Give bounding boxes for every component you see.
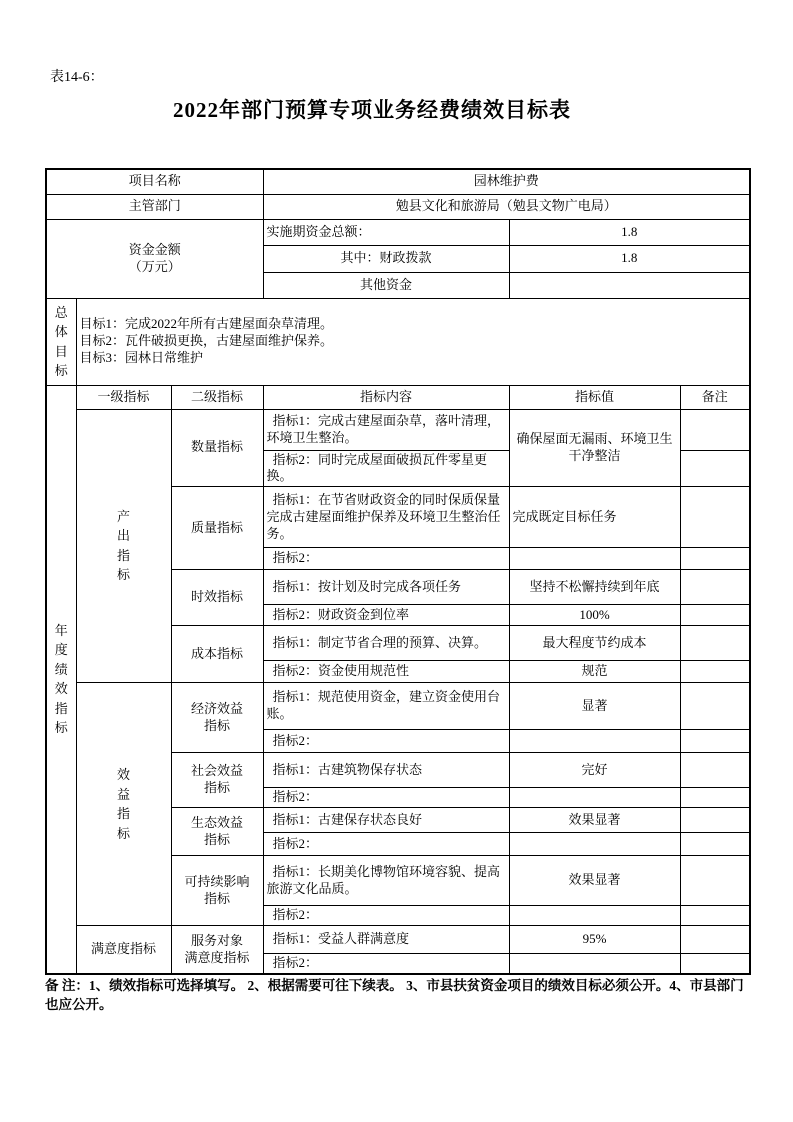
indicator-content-cell: 指标2： (263, 730, 509, 753)
indicator-content-cell: 指标1：制定节省合理的预算、决算。 (263, 626, 509, 661)
project-name-value: 园林维护费 (263, 169, 750, 194)
table-row: 满意度指标 服务对象 满意度指标 指标1：受益人群满意度 95% (46, 926, 750, 954)
remark-cell (680, 730, 750, 753)
indicator-value-cell: 规范 (509, 661, 680, 683)
table-number-label: 表14-6： (50, 66, 104, 86)
remark-cell (680, 450, 750, 487)
header-level1: 一级指标 (76, 385, 171, 409)
indicator-value-cell (509, 548, 680, 570)
indicator-value-cell: 100% (509, 605, 680, 626)
header-level2: 二级指标 (171, 385, 263, 409)
table-row: 效益指标 经济效益 指标 指标1：规范使用资金，建立资金使用台账。 显著 (46, 683, 750, 730)
header-content: 指标内容 (263, 385, 509, 409)
footnote: 备 注：1、绩效指标可选择填写。 2、根据需要可往下续表。 3、市县扶贫资金项目… (45, 977, 757, 1015)
remark-cell (680, 856, 750, 906)
level1-benefit: 效益指标 (76, 683, 171, 926)
fund-amount-label: 资金金额 （万元） (46, 219, 263, 298)
table-row: 资金金额 （万元） 实施期资金总额： 1.8 (46, 219, 750, 245)
indicator-content-cell: 指标1：古建筑物保存状态 (263, 753, 509, 788)
document-page: 表14-6： 2022年部门预算专项业务经费绩效目标表 项目名称 园林维护费 主… (0, 0, 793, 1122)
indicator-content-cell: 指标1：完成古建屋面杂草，落叶清理，环境卫生整治。 (263, 409, 509, 450)
remark-cell (680, 808, 750, 833)
fund-fiscal-value: 1.8 (509, 245, 750, 272)
level2-quality: 质量指标 (171, 487, 263, 570)
indicator-value-cell (509, 788, 680, 808)
remark-cell (680, 548, 750, 570)
level2-economic: 经济效益 指标 (171, 683, 263, 753)
indicator-content-cell: 指标2： (263, 906, 509, 926)
remark-cell (680, 788, 750, 808)
performance-target-table: 项目名称 园林维护费 主管部门 勉县文化和旅游局（勉县文物广电局） 资金金额 （… (45, 168, 751, 975)
fund-other-value (509, 272, 750, 298)
level2-cost: 成本指标 (171, 626, 263, 683)
overall-goal-label: 总体目标 (46, 298, 76, 385)
indicator-content-cell: 指标2： (263, 833, 509, 856)
indicator-value-cell: 完成既定目标任务 (509, 487, 680, 548)
table-row: 项目名称 园林维护费 (46, 169, 750, 194)
project-name-label: 项目名称 (46, 169, 263, 194)
indicator-content-cell: 指标2： (263, 954, 509, 974)
indicator-value-cell (509, 833, 680, 856)
level2-social: 社会效益 指标 (171, 753, 263, 808)
indicator-value-cell: 显著 (509, 683, 680, 730)
indicator-value-cell: 效果显著 (509, 856, 680, 906)
indicator-value-cell (509, 730, 680, 753)
fund-other-label: 其他资金 (263, 272, 509, 298)
level2-sustainable: 可持续影响 指标 (171, 856, 263, 926)
indicator-value-cell: 95% (509, 926, 680, 954)
indicator-content-cell: 指标1：受益人群满意度 (263, 926, 509, 954)
remark-cell (680, 906, 750, 926)
page-title: 2022年部门预算专项业务经费绩效目标表 (20, 94, 724, 124)
table-row: 总体目标 目标1：完成2022年所有古建屋面杂草清理。 目标2：瓦件破损更换，古… (46, 298, 750, 385)
level2-timeliness: 时效指标 (171, 570, 263, 626)
indicator-content-cell: 指标1：古建保存状态良好 (263, 808, 509, 833)
indicator-value-cell: 坚持不松懈持续到年底 (509, 570, 680, 605)
indicator-value-cell: 效果显著 (509, 808, 680, 833)
remark-cell (680, 954, 750, 974)
table-row: 产出指标 数量指标 指标1：完成古建屋面杂草，落叶清理，环境卫生整治。 确保屋面… (46, 409, 750, 450)
annual-performance-label: 年度绩效指标 (46, 385, 76, 974)
indicator-content-cell: 指标2：财政资金到位率 (263, 605, 509, 626)
remark-cell (680, 661, 750, 683)
indicator-content-cell: 指标1：按计划及时完成各项任务 (263, 570, 509, 605)
remark-cell (680, 605, 750, 626)
table-header-row: 年度绩效指标 一级指标 二级指标 指标内容 指标值 备注 (46, 385, 750, 409)
header-value: 指标值 (509, 385, 680, 409)
indicator-content-cell: 指标1：在节省财政资金的同时保质保量完成古建屋面维护保养及环境卫生整治任务。 (263, 487, 509, 548)
indicator-content-cell: 指标2：资金使用规范性 (263, 661, 509, 683)
department-value: 勉县文化和旅游局（勉县文物广电局） (263, 194, 750, 219)
fund-total-value: 1.8 (509, 219, 750, 245)
indicator-content-cell: 指标2： (263, 788, 509, 808)
level1-satisfaction: 满意度指标 (76, 926, 171, 974)
remark-cell (680, 626, 750, 661)
indicator-content-cell: 指标2： (263, 548, 509, 570)
fund-fiscal-label: 其中：财政拨款 (263, 245, 509, 272)
remark-cell (680, 409, 750, 450)
overall-goal-text: 目标1：完成2022年所有古建屋面杂草清理。 目标2：瓦件破损更换，古建屋面维护… (76, 298, 750, 385)
remark-cell (680, 683, 750, 730)
indicator-value-cell: 最大程度节约成本 (509, 626, 680, 661)
table-row: 主管部门 勉县文化和旅游局（勉县文物广电局） (46, 194, 750, 219)
indicator-value-cell (509, 954, 680, 974)
fund-total-label: 实施期资金总额： (263, 219, 509, 245)
indicator-content-cell: 指标2：同时完成屋面破损瓦件零星更换。 (263, 450, 509, 487)
indicator-value-cell: 完好 (509, 753, 680, 788)
indicator-value-cell (509, 906, 680, 926)
remark-cell (680, 753, 750, 788)
indicator-value-cell: 确保屋面无漏雨、环境卫生干净整洁 (509, 409, 680, 487)
indicator-content-cell: 指标1：规范使用资金，建立资金使用台账。 (263, 683, 509, 730)
remark-cell (680, 833, 750, 856)
level2-quantity: 数量指标 (171, 409, 263, 487)
indicator-content-cell: 指标1：长期美化博物馆环境容貌、提高旅游文化品质。 (263, 856, 509, 906)
remark-cell (680, 487, 750, 548)
level1-output: 产出指标 (76, 409, 171, 683)
header-remark: 备注 (680, 385, 750, 409)
level2-service: 服务对象 满意度指标 (171, 926, 263, 974)
level2-ecological: 生态效益 指标 (171, 808, 263, 856)
remark-cell (680, 926, 750, 954)
remark-cell (680, 570, 750, 605)
department-label: 主管部门 (46, 194, 263, 219)
